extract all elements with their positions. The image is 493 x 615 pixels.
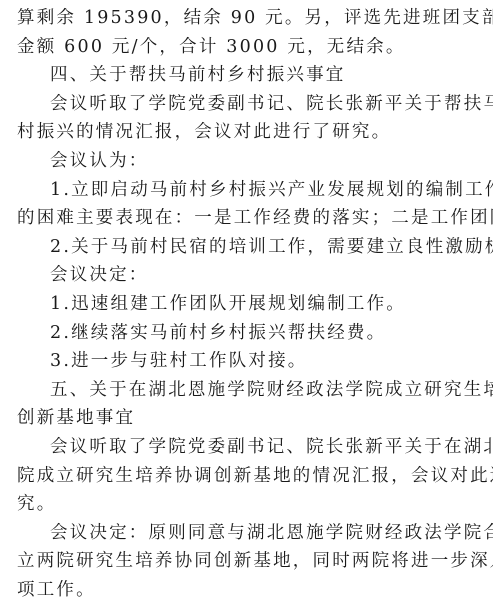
meeting-decision-label: 会议决定： xyxy=(50,261,149,290)
section-5-decision-line-1: 会议决定：原则同意与湖北恩施学院财经政法学院合作，建 xyxy=(50,519,493,548)
decision-item-1: 1.迅速组建工作团队开展规划编制工作。 xyxy=(50,290,406,319)
section-heading-5-line-2: 创新基地事宜 xyxy=(17,404,135,433)
section-4-report-line-1: 会议听取了学院党委副书记、院长张新平关于帮扶马前村乡 xyxy=(50,90,493,119)
section-5-decision-line-2: 立两院研究生培养协同创新基地，同时两院将进一步深入推进该 xyxy=(17,547,493,576)
decision-item-3: 3.进一步与驻村工作队对接。 xyxy=(50,347,308,376)
opinion-item-2: 2.关于马前村民宿的培训工作，需要建立良性激励机制。 xyxy=(50,233,493,262)
section-5-report-line-2: 院成立研究生培养协调创新基地的情况汇报，会议对此进行了研 xyxy=(17,462,493,491)
section-4-report-line-2: 村振兴的情况汇报，会议对此进行了研究。 xyxy=(17,118,391,147)
award-amount-line: 金额 600 元/个，合计 3000 元，无结余。 xyxy=(17,33,406,62)
opinion-item-1-line-1: 1.立即启动马前村乡村振兴产业发展规划的编制工作。目前 xyxy=(50,176,493,205)
meeting-opinion-label: 会议认为： xyxy=(50,147,149,176)
section-heading-5-line-1: 五、关于在湖北恩施学院财经政法学院成立研究生培养协调 xyxy=(50,376,493,405)
budget-remainder-line: 算剩余 195390，结余 90 元。另，评选先进班团支部 5 个，奖励 xyxy=(17,4,493,33)
section-5-report-line-3: 究。 xyxy=(17,490,56,519)
section-5-report-line-1: 会议听取了学院党委副书记、院长张新平关于在湖北恩施学 xyxy=(50,433,493,462)
opinion-item-1-line-2: 的困难主要表现在：一是工作经费的落实；二是工作团队的组建。 xyxy=(17,204,493,233)
section-heading-4: 四、关于帮扶马前村乡村振兴事宜 xyxy=(50,61,346,90)
section-5-decision-line-3: 项工作。 xyxy=(17,576,96,605)
decision-item-2: 2.继续落实马前村乡村振兴帮扶经费。 xyxy=(50,319,386,348)
